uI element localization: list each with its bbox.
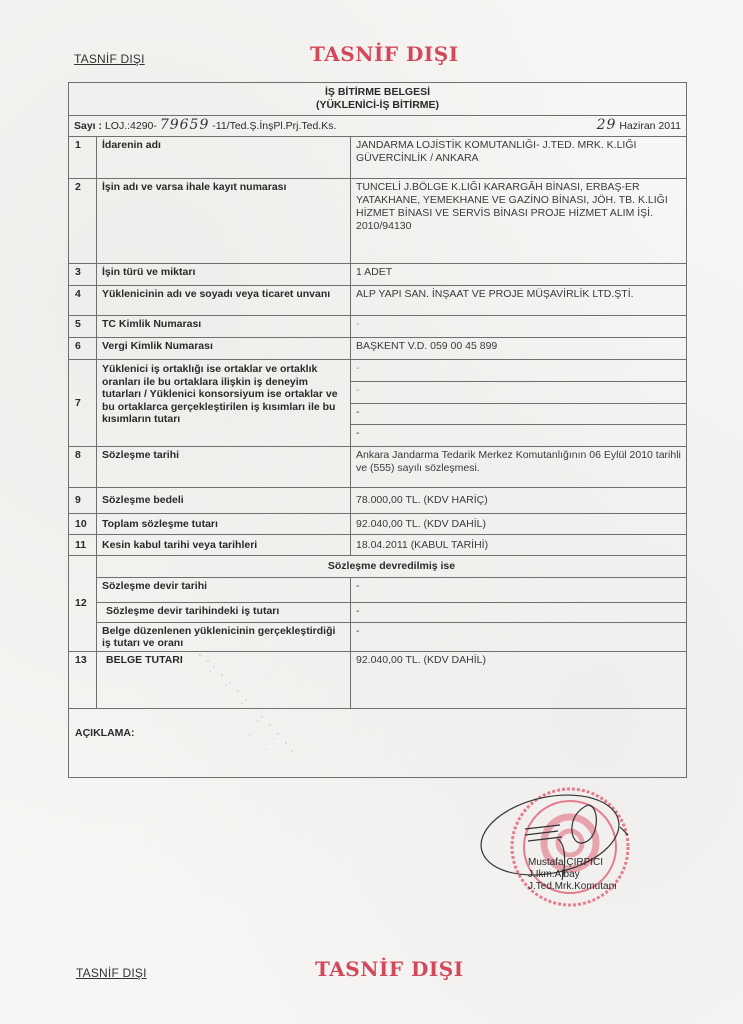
row-label: Sözleşme tarihi [97,447,351,488]
row-number: 6 [69,338,97,360]
sayi-suffix: -11/Ted.Ş.İnşPl.Prj.Ted.Ks. [212,120,336,132]
aciklama-section: AÇIKLAMA: [69,709,687,778]
row-number: 4 [69,286,97,316]
row-label: Vergi Kimlik Numarası [97,338,351,360]
row-label: İşin türü ve miktarı [97,264,351,286]
row-number: 1 [69,137,97,179]
row-value: BAŞKENT V.D. 059 00 45 899 [351,338,687,360]
row-value: 92.040,00 TL. (KDV DAHİL) [351,514,687,535]
row-label: İdarenin adı [97,137,351,179]
document-date: 29 Haziran 2011 [597,119,681,133]
sayi-prefix: LOJ.:4290- [105,120,157,132]
row-label: Belge düzenlenen yüklenicinin gerçekleşt… [97,623,351,652]
row-label: Kesin kabul tarihi veya tarihleri [97,535,351,556]
signatory-name: Mustafa ÇIRPICI [528,857,603,869]
handwritten-day: 29 [597,117,617,133]
row-number: 9 [69,488,97,514]
row-label: Toplam sözleşme tutarı [97,514,351,535]
aciklama-label: AÇIKLAMA: [75,727,135,739]
footer-classification-stamp: TASNİF DIŞI [315,957,464,981]
row-value: - [351,603,687,623]
row-label: Yüklenici iş ortaklığı ise ortaklar ve o… [97,360,351,447]
date-month-year: Haziran 2011 [619,120,681,132]
row-label: Sözleşme bedeli [97,488,351,514]
header-classification-small: TASNİF DIŞI [74,52,145,66]
signatory-rank: J.Ikm.Albay [528,869,580,881]
table-row: 1 İdarenin adı JANDARMA LOJİSTİK KOMUTAN… [69,137,687,179]
row-number: 7 [69,360,97,447]
row-label: Sözleşme devir tarihindeki iş tutarı [97,603,351,623]
row-value: Ankara Jandarma Tedarik Merkez Komutanlı… [351,447,687,488]
sayi-label: Sayı : [74,120,102,132]
table-row: 9 Sözleşme bedeli 78.000,00 TL. (KDV HAR… [69,488,687,514]
table-row: 13 BELGE TUTARI 92.040,00 TL. (KDV DAHİL… [69,652,687,709]
row-number: 10 [69,514,97,535]
document-title: İŞ BİTİRME BELGESİ (YÜKLENİCİ-İŞ BİTİRME… [69,83,687,116]
table-row: 7 Yüklenici iş ortaklığı ise ortaklar ve… [69,360,687,382]
signatory-title: J.Ted.Mrk.Komutanı [528,881,617,893]
row-value: 1 ADET [351,264,687,286]
row-label: Yüklenicinin adı ve soyadı veya ticaret … [97,286,351,316]
official-seal-icon [470,785,670,925]
row-value: TUNCELİ J.BÖLGE K.LIĞI KARARGÂH BİNASI, … [351,179,687,264]
document-title-line2: (YÜKLENİCİ-İŞ BİTİRME) [69,99,686,112]
row-value: 78.000,00 TL. (KDV HARİÇ) [351,488,687,514]
row-number: 3 [69,264,97,286]
row-value: - [351,425,687,447]
row-value: JANDARMA LOJİSTİK KOMUTANLIĞI- J.TED. MR… [351,137,687,179]
row-label: TC Kimlik Numarası [97,316,351,338]
table-row: 8 Sözleşme tarihi Ankara Jandarma Tedari… [69,447,687,488]
row-value: - [351,623,687,652]
row-number: 12 [69,556,97,652]
row-value: - [351,360,687,382]
header-classification-stamp: TASNİF DIŞI [310,42,459,66]
row-value: 92.040,00 TL. (KDV DAHİL) [351,652,687,709]
work-completion-table: İŞ BİTİRME BELGESİ (YÜKLENİCİ-İŞ BİTİRME… [68,82,687,778]
row-value: - [351,578,687,603]
row-value: ALP YAPI SAN. İNŞAAT VE PROJE MÜŞAVİRLİK… [351,286,687,316]
row-label: İşin adı ve varsa ihale kayıt numarası [97,179,351,264]
table-row: 4 Yüklenicinin adı ve soyadı veya ticare… [69,286,687,316]
row-number: 13 [69,652,97,709]
reference-row: 29 Haziran 2011 Sayı : LOJ.:4290- 79659 … [69,116,687,137]
row-label: Sözleşme devir tarihi [97,578,351,603]
row-value: 18.04.2011 (KABUL TARİHİ) [351,535,687,556]
row-number: 2 [69,179,97,264]
document-title-line1: İŞ BİTİRME BELGESİ [69,86,686,99]
table-row: 2 İşin adı ve varsa ihale kayıt numarası… [69,179,687,264]
row-value: - [351,382,687,404]
table-row: 10 Toplam sözleşme tutarı 92.040,00 TL. … [69,514,687,535]
row-number: 5 [69,316,97,338]
row-number: 8 [69,447,97,488]
row-label: BELGE TUTARI [97,652,351,709]
row-value: - [351,404,687,425]
table-row: 3 İşin türü ve miktarı 1 ADET [69,264,687,286]
handwritten-number: 79659 [160,117,210,133]
table-row: 11 Kesin kabul tarihi veya tarihleri 18.… [69,535,687,556]
table-row: 5 TC Kimlik Numarası - [69,316,687,338]
row-number: 11 [69,535,97,556]
row-value: - [351,316,687,338]
table-row: 12 Sözleşme devredilmiş ise [69,556,687,578]
signature-block: Mustafa ÇIRPICI J.Ikm.Albay J.Ted.Mrk.Ko… [470,785,670,925]
footer-classification-small: TASNİF DIŞI [76,966,147,980]
section-title: Sözleşme devredilmiş ise [97,556,687,578]
table-row: 6 Vergi Kimlik Numarası BAŞKENT V.D. 059… [69,338,687,360]
